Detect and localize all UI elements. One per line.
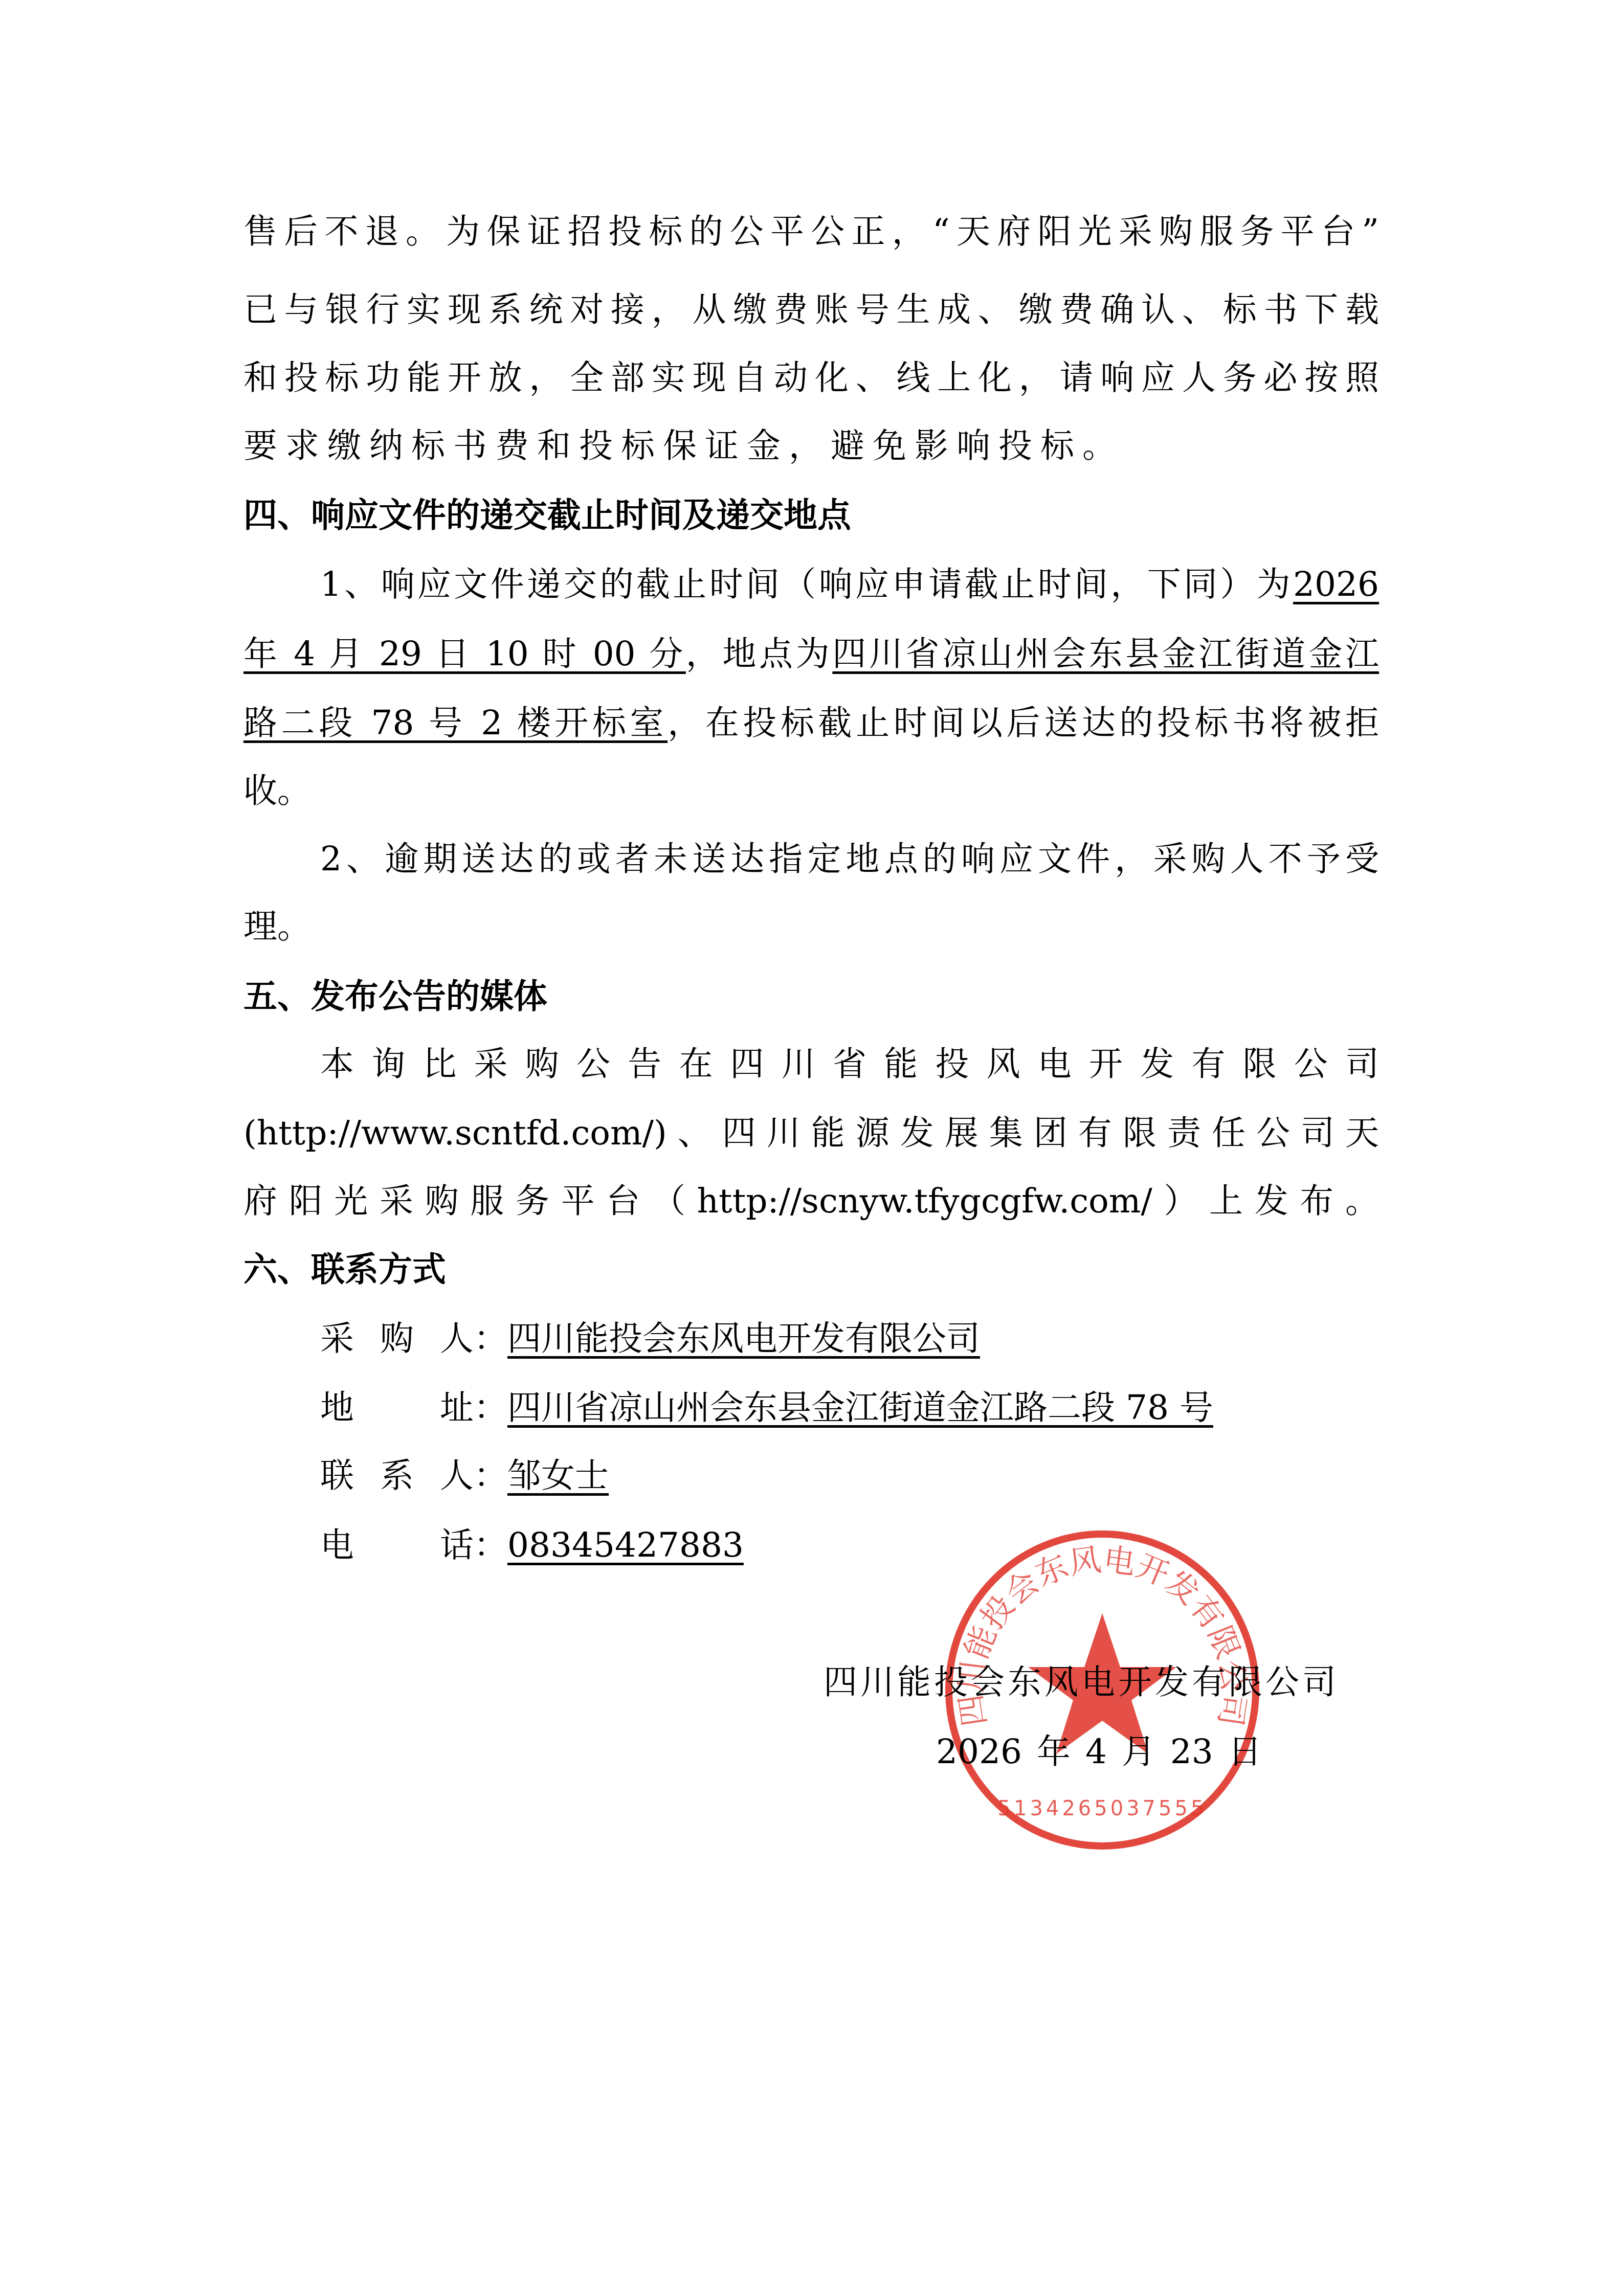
seal-serial: 5134265037555 bbox=[998, 1797, 1207, 1820]
deadline-datetime: 年 4 月 29 日 10 时 00 分 bbox=[243, 634, 686, 673]
signature-date: 2026 年 4 月 23 日 bbox=[936, 1718, 1262, 1786]
paragraph-line: 售后不退。为保证招投标的公平公正，“天府阳光采购服务平台” bbox=[243, 197, 1379, 266]
colon: ： bbox=[474, 1388, 507, 1427]
paragraph-line: 已与银行实现系统对接，从缴费账号生成、缴费确认、标书下载 bbox=[243, 276, 1379, 344]
item-2-line-2: 理。 bbox=[243, 892, 1379, 961]
media-line: (http://www.scntfd.com/)、四川能源发展集团有限责任公司天 bbox=[243, 1099, 1379, 1167]
signature-company: 四川能投会东风电开发有限公司 bbox=[824, 1648, 1339, 1717]
colon: ： bbox=[474, 1456, 507, 1495]
item-1-line-2: 年 4 月 29 日 10 时 00 分，地点为四川省凉山州会东县金江街道金江 bbox=[243, 620, 1379, 688]
contact-label: 地址 bbox=[320, 1374, 474, 1442]
contact-label: 联系人 bbox=[320, 1442, 474, 1510]
contact-value: 四川省凉山州会东县金江街道金江路二段 78 号 bbox=[507, 1388, 1213, 1427]
section-heading-5: 五、发布公告的媒体 bbox=[243, 962, 1379, 1030]
item-1-text: 1、响应文件递交的截止时间（响应申请截止时间，下同）为 bbox=[320, 565, 1293, 604]
media-line: 府阳光采购服务平台（http://scnyw.tfygcgfw.com/）上发布… bbox=[243, 1167, 1379, 1235]
media-line: 本询比采购公告在四川省能投风电开发有限公司 bbox=[243, 1030, 1379, 1098]
contact-purchaser: 采购人：四川能投会东风电开发有限公司 bbox=[243, 1304, 1379, 1373]
item-2-line-1: 2、逾期送达的或者未送达指定地点的响应文件，采购人不予受 bbox=[243, 825, 1379, 893]
contact-value: 08345427883 bbox=[507, 1525, 744, 1565]
contact-label: 电话 bbox=[320, 1511, 474, 1580]
contact-label: 采购人 bbox=[320, 1304, 474, 1373]
item-1-text: ，在投标截止时间以后送达的投标书将被拒 bbox=[668, 703, 1379, 742]
item-1-line-4: 收。 bbox=[243, 757, 1379, 825]
deadline-year: 2026 bbox=[1293, 565, 1379, 604]
colon: ： bbox=[474, 1525, 507, 1565]
contact-value: 邹女士 bbox=[507, 1456, 609, 1495]
paragraph-line: 和投标功能开放，全部实现自动化、线上化，请响应人务必按照 bbox=[243, 344, 1379, 412]
section-heading-6: 六、联系方式 bbox=[243, 1235, 1379, 1303]
contact-address: 地址：四川省凉山州会东县金江街道金江路二段 78 号 bbox=[243, 1374, 1379, 1442]
section-heading-4: 四、响应文件的递交截止时间及递交地点 bbox=[243, 481, 1379, 549]
contact-person: 联系人：邹女士 bbox=[243, 1442, 1379, 1510]
item-1-line-1: 1、响应文件递交的截止时间（响应申请截止时间，下同）为2026 bbox=[243, 550, 1379, 619]
paragraph-line: 要求缴纳标书费和投标保证金，避免影响投标。 bbox=[243, 412, 1379, 480]
item-1-text: ，地点为 bbox=[686, 634, 832, 673]
colon: ： bbox=[474, 1319, 507, 1358]
contact-value: 四川能投会东风电开发有限公司 bbox=[507, 1319, 980, 1358]
submission-address: 四川省凉山州会东县金江街道金江 bbox=[832, 634, 1379, 673]
document-page: 售后不退。为保证招投标的公平公正，“天府阳光采购服务平台” 已与银行实现系统对接… bbox=[0, 0, 1624, 2296]
submission-address-cont: 路二段 78 号 2 楼开标室 bbox=[243, 703, 668, 742]
item-1-line-3: 路二段 78 号 2 楼开标室，在投标截止时间以后送达的投标书将被拒 bbox=[243, 689, 1379, 757]
